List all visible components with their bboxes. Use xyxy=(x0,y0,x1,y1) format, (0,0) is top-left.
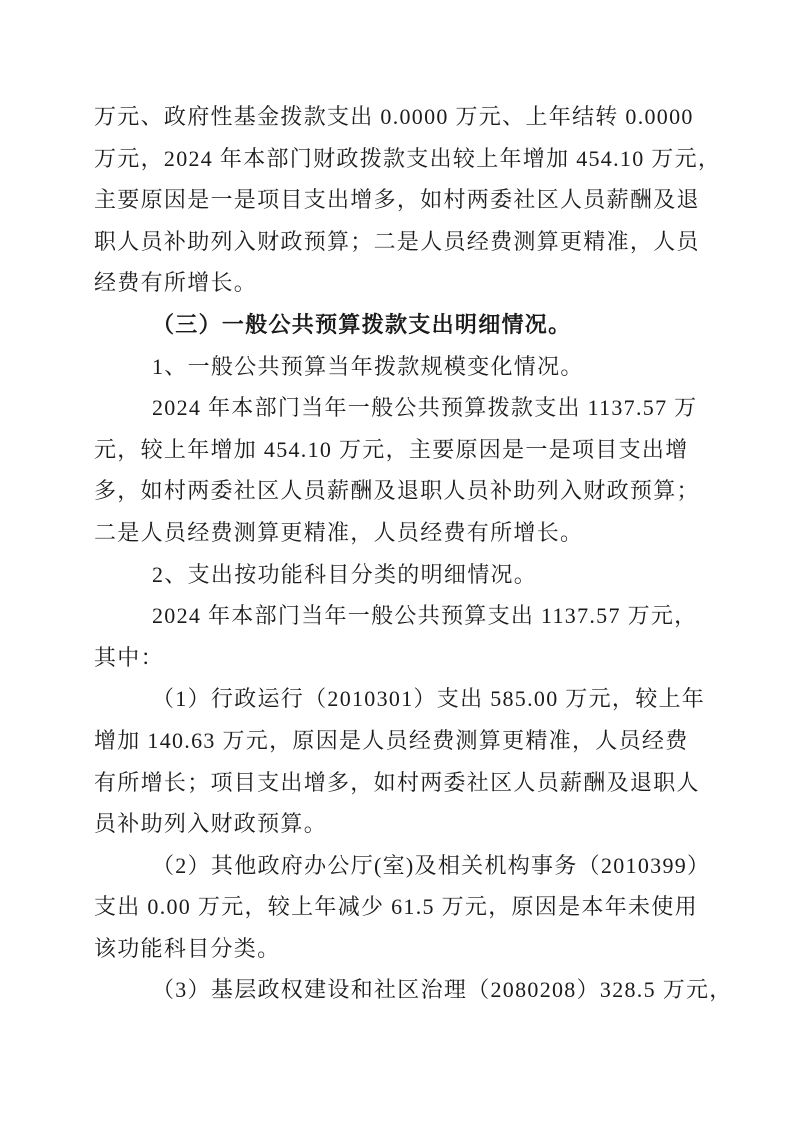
text-line: 二是人员经费测算更精准，人员经费有所增长。 xyxy=(94,512,700,554)
text-line: 有所增长；项目支出增多，如村两委社区人员薪酬及退职人 xyxy=(94,762,700,804)
text-line: 主要原因是一是项目支出增多，如村两委社区人员薪酬及退 xyxy=(94,179,700,221)
subsection-1-title: 1、一般公共预算当年拨款规模变化情况。 xyxy=(94,346,700,388)
document-page: 万元、政府性基金拨款支出 0.0000 万元、上年结转 0.0000 万元，20… xyxy=(0,0,793,1122)
text-line: 2024 年本部门当年一般公共预算支出 1137.57 万元， xyxy=(94,595,700,637)
text-line: 经费有所增长。 xyxy=(94,262,700,304)
subsection-2-title: 2、支出按功能科目分类的明细情况。 xyxy=(94,554,700,596)
text-line: 万元，2024 年本部门财政拨款支出较上年增加 454.10 万元， xyxy=(94,138,700,180)
text-line: 增加 140.63 万元，原因是人员经费测算更精准，人员经费 xyxy=(94,720,700,762)
text-line: 多，如村两委社区人员薪酬及退职人员补助列入财政预算； xyxy=(94,470,700,512)
text-line: 其中： xyxy=(94,637,700,679)
text-line: 职人员补助列入财政预算；二是人员经费测算更精准，人员 xyxy=(94,221,700,263)
item-3-line: （3）基层政权建设和社区治理（2080208）328.5 万元， xyxy=(94,969,700,1011)
item-2-line: （2）其他政府办公厅(室)及相关机构事务（2010399） xyxy=(94,845,700,887)
text-line: 支出 0.00 万元，较上年减少 61.5 万元，原因是本年未使用 xyxy=(94,886,700,928)
text-line: 万元、政府性基金拨款支出 0.0000 万元、上年结转 0.0000 xyxy=(94,96,700,138)
text-line: 2024 年本部门当年一般公共预算拨款支出 1137.57 万 xyxy=(94,387,700,429)
document-text-block: 万元、政府性基金拨款支出 0.0000 万元、上年结转 0.0000 万元，20… xyxy=(94,96,700,1011)
text-line: 元，较上年增加 454.10 万元，主要原因是一是项目支出增 xyxy=(94,429,700,471)
item-1-line: （1）行政运行（2010301）支出 585.00 万元，较上年 xyxy=(94,678,700,720)
text-line: 员补助列入财政预算。 xyxy=(94,803,700,845)
text-line: 该功能科目分类。 xyxy=(94,928,700,970)
section-heading: （三）一般公共预算拨款支出明细情况。 xyxy=(94,304,700,346)
